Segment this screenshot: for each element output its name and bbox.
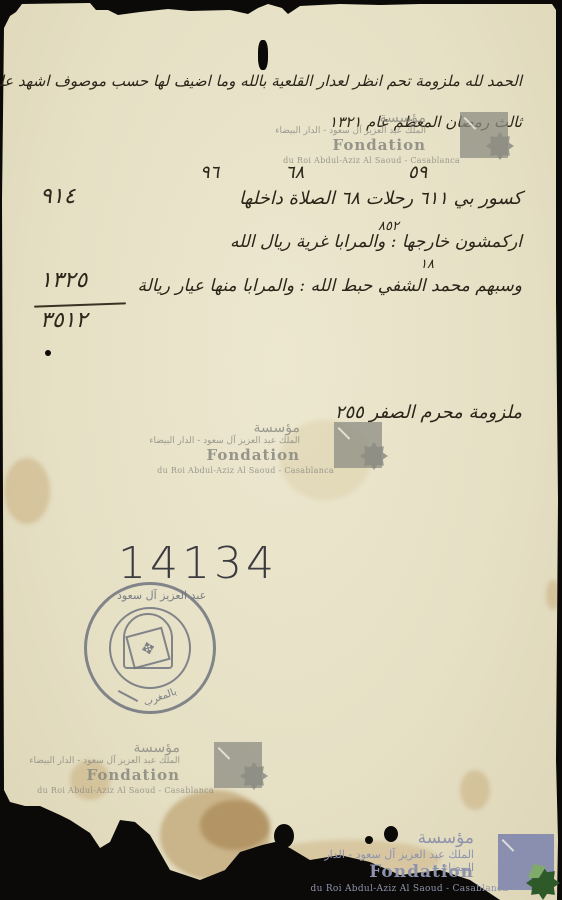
watermark-du-roi: du Roi Abdul-Aziz Al Saoud - Casablanca	[311, 884, 508, 894]
watermark-du-roi: du Roi Abdul-Aziz Al Saoud - Casablanca	[157, 466, 334, 475]
watermark-bottom-right: مؤسسة الملك عبد العزيز آل سعود - الدار ا…	[306, 832, 556, 892]
watermark-star-icon	[360, 442, 388, 470]
watermark-fondation: Fondation	[207, 446, 301, 464]
paper-hole	[258, 40, 268, 70]
watermark-arabic-title: مؤسسة	[380, 110, 426, 126]
ledger-numeral-small: ١٨	[420, 257, 434, 272]
scanned-document-page: الحمد لله ملزومة تحم انظر لعدار القلعية …	[0, 0, 562, 900]
watermark-fondation: Fondation	[369, 862, 474, 882]
watermark-top: مؤسسة الملك عبد العزيز آل سعود - الدار ا…	[258, 110, 508, 170]
paper-hole	[274, 824, 294, 848]
stamp-top-text: عبد العزيز آل سعود	[117, 589, 206, 602]
stamp-bottom-text: بالمغرب	[142, 686, 178, 708]
ink-dot	[45, 350, 51, 356]
watermark-du-roi: du Roi Abdul-Aziz Al Saoud - Casablanca	[283, 156, 460, 165]
margin-numerator: ١٣٢٥	[40, 268, 87, 293]
stamp-bar	[118, 690, 138, 702]
seal-stamp: ✥ عبد العزيز آل سعود بالمغرب	[84, 582, 216, 714]
stain	[460, 770, 490, 810]
watermark-fondation: Fondation	[333, 136, 427, 154]
stain	[200, 800, 270, 850]
stain	[546, 580, 560, 610]
header-line-1: الحمد لله ملزومة تحم انظر لعدار القلعية …	[0, 72, 522, 90]
ledger-row-2: اركمشون خارجها : والمرابا غرية ريال الله	[230, 232, 522, 252]
margin-denominator: ٣٥١٢	[40, 308, 87, 333]
watermark-du-roi: du Roi Abdul-Aziz Al Saoud - Casablanca	[37, 786, 214, 795]
watermark-arabic-subtitle: الملك عبد العزيز آل سعود - الدار البيضاء	[29, 756, 180, 766]
margin-top-value: ٩١٤	[40, 184, 75, 209]
ledger-row-1: كسور بي ٦١١ رحلات ٦٨ الصلاة داخلها	[239, 188, 522, 209]
paper-hole	[0, 820, 10, 840]
watermark-lower: مؤسسة الملك عبد العزيز آل سعود - الدار ا…	[12, 740, 262, 800]
stain	[4, 458, 50, 524]
watermark-arabic-subtitle: الملك عبد العزيز آل سعود - الدار البيضاء	[149, 436, 300, 446]
watermark-middle: مؤسسة الملك عبد العزيز آل سعود - الدار ا…	[132, 420, 382, 480]
numeral-above-1: ٩٦	[200, 162, 219, 183]
watermark-arabic-title: مؤسسة	[418, 828, 474, 848]
watermark-arabic-title: مؤسسة	[134, 740, 180, 756]
ledger-row-3: وسبهم محمد الشفي حبط الله : والمرابا منه…	[138, 276, 522, 296]
pencil-archive-number: 14134	[118, 538, 278, 589]
watermark-fondation: Fondation	[87, 766, 181, 784]
watermark-arabic-title: مؤسسة	[254, 420, 300, 436]
watermark-arabic-subtitle: الملك عبد العزيز آل سعود - الدار البيضاء	[275, 126, 426, 136]
